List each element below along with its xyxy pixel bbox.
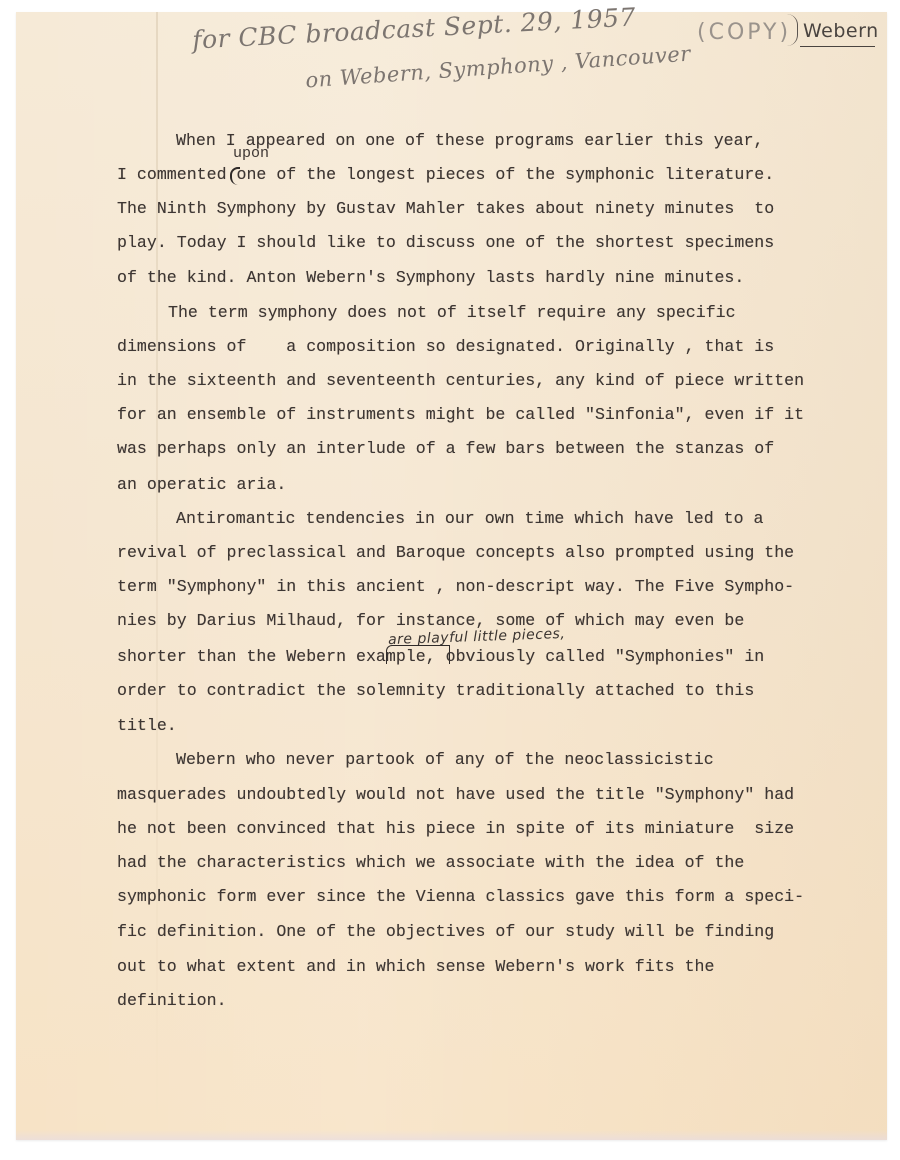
text-line: masquerades undoubtedly would not have u… bbox=[117, 785, 794, 805]
text-line: symphonic form ever since the Vienna cla… bbox=[117, 887, 804, 907]
author-tag-underline bbox=[800, 46, 875, 47]
text-line: Antiromantic tendencies in our own time … bbox=[176, 509, 764, 529]
text-line: I commented one of the longest pieces of… bbox=[117, 165, 774, 185]
text-line: shorter than the Webern example, obvious… bbox=[117, 647, 764, 667]
page-edge-shadow bbox=[16, 1130, 887, 1140]
text-line: was perhaps only an interlude of a few b… bbox=[117, 439, 774, 459]
text-line: an operatic aria. bbox=[117, 475, 286, 495]
text-line: dimensions of a composition so designate… bbox=[117, 337, 774, 357]
text-line: in the sixteenth and seventeenth centuri… bbox=[117, 371, 804, 391]
text-line: of the kind. Anton Webern's Symphony las… bbox=[117, 268, 744, 288]
text-line: When I appeared on one of these programs… bbox=[176, 131, 764, 151]
text-line: title. bbox=[117, 716, 177, 736]
text-line: revival of preclassical and Baroque conc… bbox=[117, 543, 794, 563]
text-line: had the characteristics which we associa… bbox=[117, 853, 744, 873]
text-line: The term symphony does not of itself req… bbox=[168, 303, 736, 323]
text-line: he not been convinced that his piece in … bbox=[117, 819, 794, 839]
text-line: play. Today I should like to discuss one… bbox=[117, 233, 774, 253]
text-line: nies by Darius Milhaud, for instance, so… bbox=[117, 611, 744, 631]
text-line: order to contradict the solemnity tradit… bbox=[117, 681, 754, 701]
text-line: The Ninth Symphony by Gustav Mahler take… bbox=[117, 199, 774, 219]
author-tag: Webern bbox=[803, 20, 879, 42]
text-line: out to what extent and in which sense We… bbox=[117, 957, 714, 977]
text-line: Webern who never partook of any of the n… bbox=[176, 750, 714, 770]
copy-mark: (COPY) bbox=[697, 20, 791, 45]
text-line: term "Symphony" in this ancient , non-de… bbox=[117, 577, 794, 597]
text-line: for an ensemble of instruments might be … bbox=[117, 405, 804, 425]
text-line: definition. bbox=[117, 991, 227, 1011]
text-line: fic definition. One of the objectives of… bbox=[117, 922, 774, 942]
